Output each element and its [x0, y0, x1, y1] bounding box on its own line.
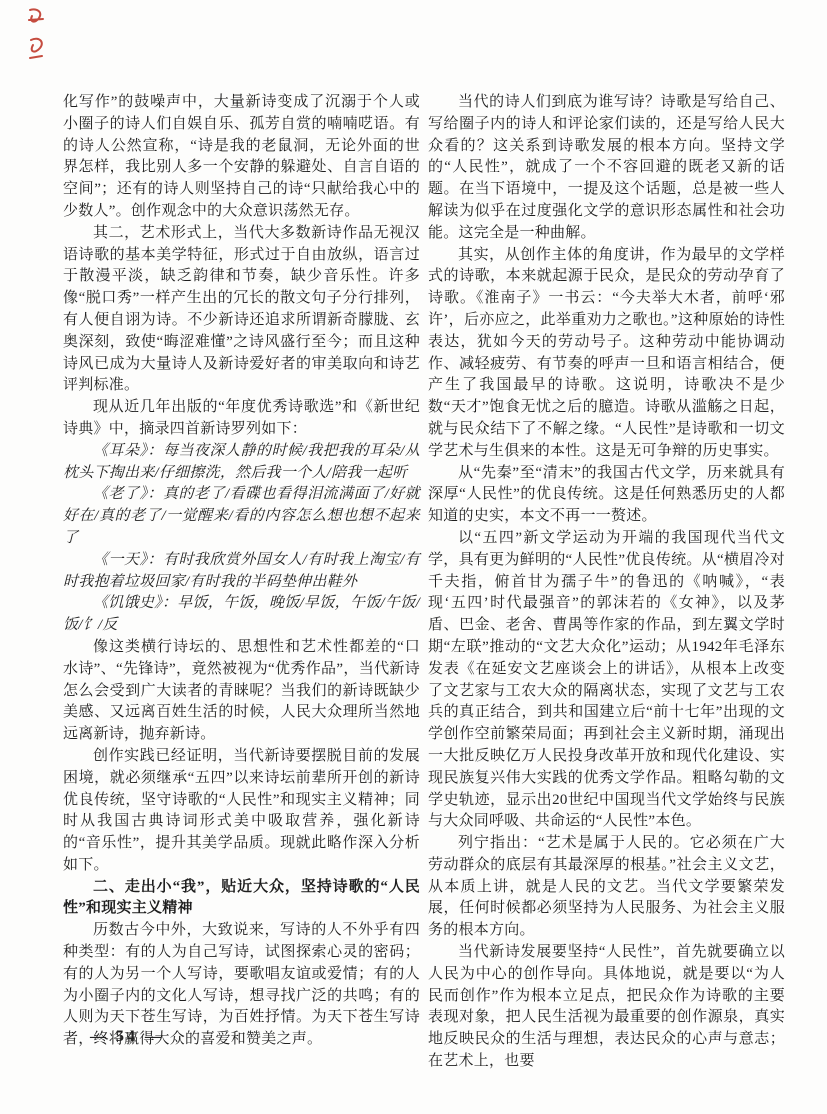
poem-excerpt-erduo: 《耳朵》：每当夜深人静的时候/我把我的耳朵/从枕头下掏出来/仔细擦洗，然后我一个…: [63, 441, 420, 485]
paragraph: 像这类横行诗坛的、思想性和艺术性都差的“口水诗”、“先锋诗”，竟然被视为“优秀作…: [63, 637, 420, 746]
paragraph: 当代新诗发展要坚持“人民性”，首先就要确立以人民为中心的创作导向。具体地说，就是…: [428, 942, 785, 1073]
poem-excerpt-laole: 《老了》：真的老了/看碟也看得泪流满面了/好就好在/真的老了/一觉醒来/看的内容…: [63, 484, 420, 549]
paragraph: 化写作”的鼓噪声中，大量新诗变成了沉溺于个人或小圈子的诗人们自娱自乐、孤芳自赏的…: [63, 92, 420, 223]
left-column: 化写作”的鼓噪声中，大量新诗变成了沉溺于个人或小圈子的诗人们自娱自乐、孤芳自赏的…: [63, 92, 420, 1073]
article-body: 化写作”的鼓噪声中，大量新诗变成了沉溺于个人或小圈子的诗人们自娱自乐、孤芳自赏的…: [63, 92, 785, 1073]
paragraph: 列宁指出：“艺术是属于人民的。它必须在广大劳动群众的底层有其最深厚的根基。”社会…: [428, 833, 785, 942]
paragraph: 其实，从创作主体的角度讲，作为最早的文学样式的诗歌，本来就起源于民众，是民众的劳…: [428, 245, 785, 463]
paragraph: 创作实践已经证明，当代新诗要摆脱目前的发展困境，就必须继承“五四”以来诗坛前辈所…: [63, 746, 420, 877]
paragraph: 当代的诗人们到底为谁写诗？诗歌是写给自己、写给圈子内的诗人和评论家们读的，还是写…: [428, 92, 785, 245]
poem-excerpt-jieshi: 《饥饿史》：早饭，午饭，晚饭/早饭，午饭/午饭/饭/饣/反: [63, 593, 420, 637]
poem-excerpt-yitian: 《一天》：有时我欣赏外国女人/有时我上淘宝/有时我抱着垃圾回家/有时我的半码垫伸…: [63, 550, 420, 594]
red-pen-marks-icon: [25, 6, 49, 66]
paragraph: 其二，艺术形式上，当代大多数新诗作品无视汉语诗歌的基本美学特征，形式过于自由放纵…: [63, 223, 420, 397]
paragraph: 现从近几年出版的“年度优秀诗歌选”和《新世纪诗典》中，摘录四首新诗罗列如下：: [63, 397, 420, 441]
right-column: 当代的诗人们到底为谁写诗？诗歌是写给自己、写给圈子内的诗人和评论家们读的，还是写…: [428, 92, 785, 1073]
paragraph: 以“五四”新文学运动为开端的我国现代当代文学，具有更为鲜明的“人民性”优良传统。…: [428, 528, 785, 833]
section-heading: 二、走出小“我”，贴近大众，坚持诗歌的“人民性”和现实主义精神: [63, 877, 420, 921]
journal-page: 化写作”的鼓噪声中，大量新诗变成了沉溺于个人或小圈子的诗人们自娱自乐、孤芳自赏的…: [0, 0, 827, 1114]
paragraph: 从“先秦”至“清末”的我国古代文学，历来就具有深厚“人民性”的优良传统。这是任何…: [428, 463, 785, 528]
page-number: — 54 —: [90, 1028, 164, 1046]
